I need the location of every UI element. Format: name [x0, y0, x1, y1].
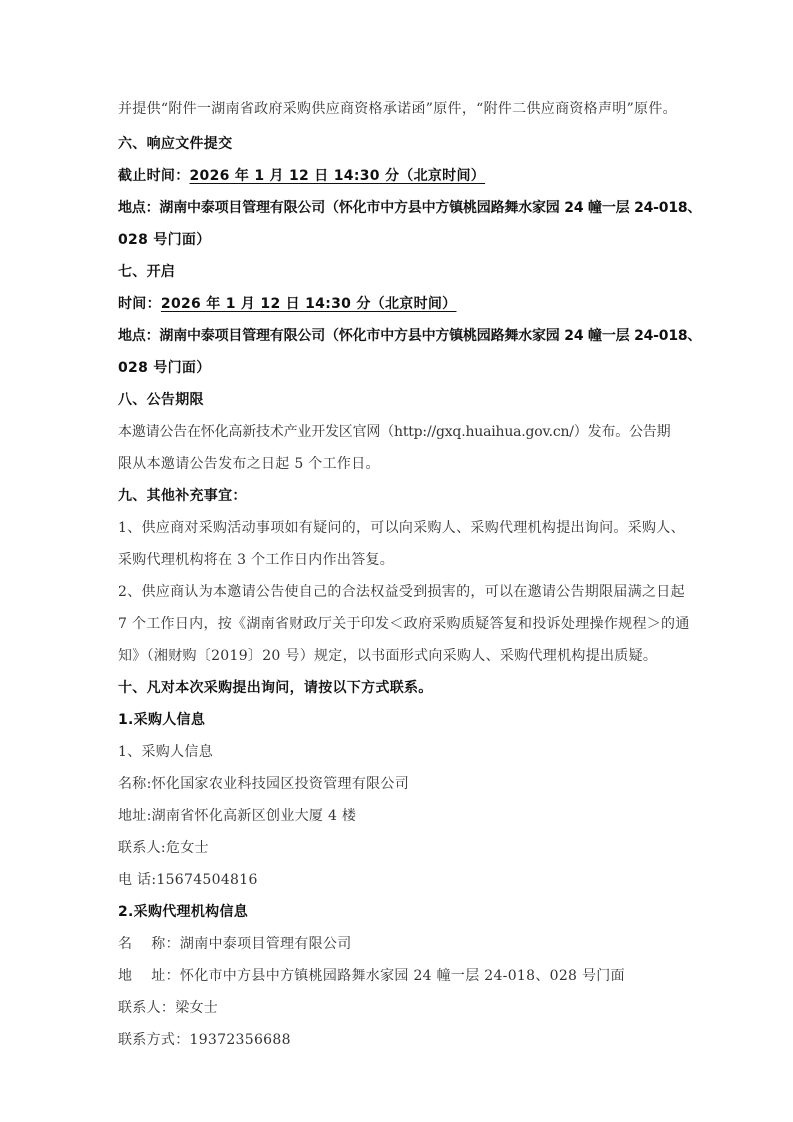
other-matters-p2-line1: 2、供应商认为本邀请公告使自己的合法权益受到损害的，可以在邀请公告期限届满之日起 [118, 581, 685, 601]
document-page: 并提供“附件一湖南省政府采购供应商资格承诺函”原件，“附件二供应商资格声明”原件… [0, 0, 793, 1122]
deadline-value: 2026 年 1 月 12 日 14:30 分（北京时间） [190, 168, 486, 184]
agency-subheading: 2.采购代理机构信息 [118, 901, 248, 921]
opening-time-value: 2026 年 1 月 12 日 14:30 分（北京时间） [161, 296, 457, 312]
notice-period-line2: 限从本邀请公告发布之日起 5 个工作日。 [118, 453, 380, 473]
submission-heading: 六、响应文件提交 [118, 133, 232, 153]
agency-address: 地 址：怀化市中方县中方镇桃园路舞水家园 24 幢一层 24-018、028 号… [118, 965, 625, 985]
purchaser-name: 名称:怀化国家农业科技园区投资管理有限公司 [118, 773, 409, 793]
purchaser-subheading: 1.采购人信息 [118, 709, 205, 729]
agency-contact-person: 联系人：梁女士 [118, 997, 218, 1017]
submission-location-line2: 028 号门面） [118, 229, 211, 249]
intro-line: 并提供“附件一湖南省政府采购供应商资格承诺函”原件，“附件二供应商资格声明”原件… [118, 98, 677, 118]
contact-heading: 十、凡对本次采购提出询问，请按以下方式联系。 [118, 677, 433, 697]
submission-deadline: 截止时间：2026 年 1 月 12 日 14:30 分（北京时间） [118, 165, 485, 185]
purchaser-address: 地址:湖南省怀化高新区创业大厦 4 楼 [118, 805, 356, 825]
notice-period-heading: 八、公告期限 [118, 389, 204, 409]
purchaser-contact-person: 联系人:危女士 [118, 837, 209, 857]
agency-name: 名 称：湖南中泰项目管理有限公司 [118, 933, 352, 953]
opening-time: 时间：2026 年 1 月 12 日 14:30 分（北京时间） [118, 293, 456, 313]
opening-location-line2: 028 号门面） [118, 357, 211, 377]
agency-phone: 联系方式：19372356688 [118, 1029, 291, 1049]
opening-heading: 七、开启 [118, 261, 175, 281]
purchaser-label: 1、采购人信息 [118, 741, 213, 761]
purchaser-phone: 电 话:15674504816 [118, 869, 258, 889]
other-matters-p1-line1: 1、供应商对采购活动事项如有疑问的，可以向采购人、采购代理机构提出询问。采购人、 [118, 517, 685, 537]
other-matters-p2-line2: 7 个工作日内，按《湖南省财政厅关于印发＜政府采购质疑答复和投诉处理操作规程＞的… [118, 613, 690, 633]
opening-time-label: 时间： [118, 296, 161, 312]
deadline-label: 截止时间： [118, 168, 190, 184]
other-matters-p2-line3: 知》（湘财购〔2019〕20 号）规定，以书面形式向采购人、采购代理机构提出质疑… [118, 645, 657, 665]
notice-period-line1: 本邀请公告在怀化高新技术产业开发区官网（http://gxq.huaihua.g… [118, 421, 670, 441]
submission-location-line1: 地点：湖南中泰项目管理有限公司（怀化市中方县中方镇桃园路舞水家园 24 幢一层 … [118, 197, 701, 217]
opening-location-line1: 地点：湖南中泰项目管理有限公司（怀化市中方县中方镇桃园路舞水家园 24 幢一层 … [118, 325, 701, 345]
other-matters-p1-line2: 采购代理机构将在 3 个工作日内作出答复。 [118, 549, 394, 569]
other-matters-heading: 九、其他补充事宜： [118, 485, 247, 505]
